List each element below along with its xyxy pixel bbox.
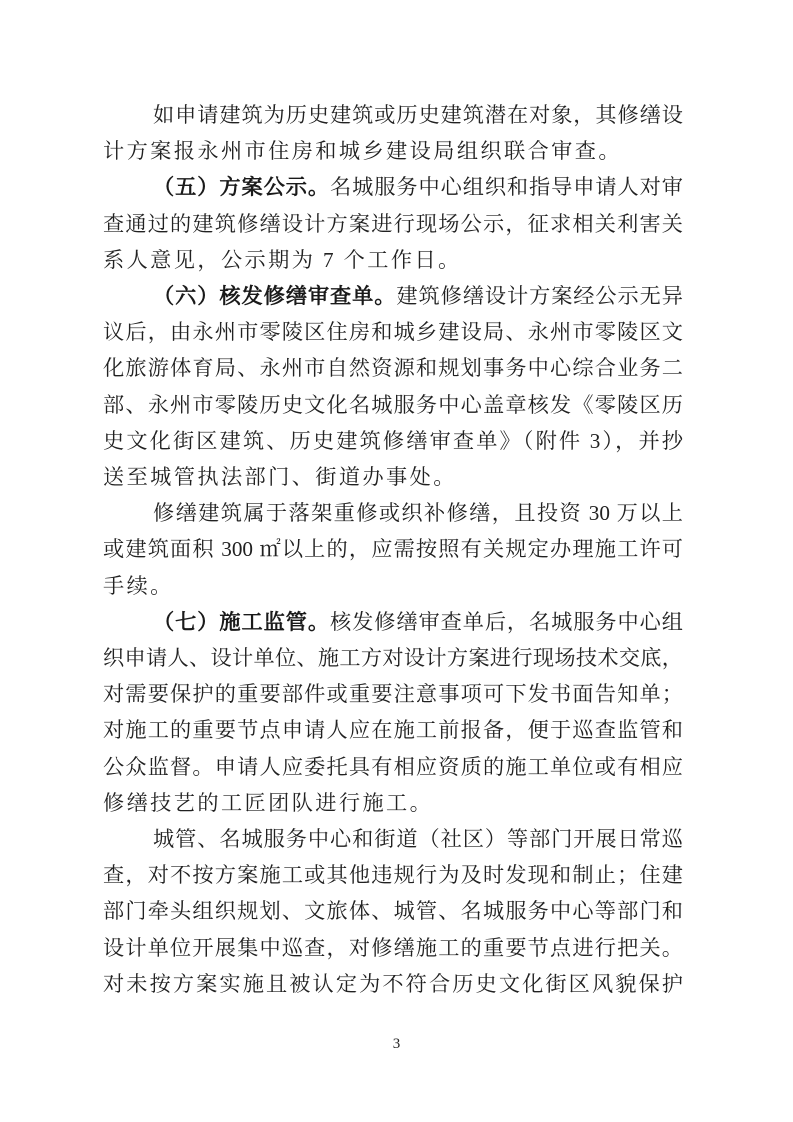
- text-line: 织申请人、设计单位、施工方对设计方案进行现场技术交底，: [103, 640, 683, 676]
- text-line: （七）施工监管。核发修缮审查单后，名城服务中心组: [103, 604, 683, 640]
- page-number: 3: [0, 1036, 793, 1053]
- text-line: 修缮技艺的工匠团队进行施工。: [103, 785, 683, 821]
- text-line: 计方案报永州市住房和城乡建设局组织联合审查。: [103, 133, 683, 169]
- text-line: 查，对不按方案施工或其他违规行为及时发现和制止；住建: [103, 857, 683, 893]
- document-page: 如申请建筑为历史建筑或历史建筑潜在对象，其修缮设计方案报永州市住房和城乡建设局组…: [0, 0, 793, 1122]
- text-line: 部门牵头组织规划、文旅体、城管、名城服务中心等部门和: [103, 893, 683, 929]
- text-line: 系人意见，公示期为 7 个工作日。: [103, 242, 683, 278]
- text-line: 对需要保护的重要部件或重要注意事项可下发书面告知单；: [103, 676, 683, 712]
- document-body-text: 如申请建筑为历史建筑或历史建筑潜在对象，其修缮设计方案报永州市住房和城乡建设局组…: [103, 97, 683, 1002]
- text-line: 城管、名城服务中心和街道（社区）等部门开展日常巡: [103, 821, 683, 857]
- text-line: 如申请建筑为历史建筑或历史建筑潜在对象，其修缮设: [103, 97, 683, 133]
- text-line: 部、永州市零陵历史文化名城服务中心盖章核发《零陵区历: [103, 387, 683, 423]
- text-line: （六）核发修缮审查单。建筑修缮设计方案经公示无异: [103, 278, 683, 314]
- section-heading: （六）核发修缮审查单。: [153, 284, 396, 308]
- text-line: 送至城管执法部门、街道办事处。: [103, 459, 683, 495]
- text-line: 公众监督。申请人应委托具有相应资质的施工单位或有相应: [103, 749, 683, 785]
- section-heading: （五）方案公示。: [153, 175, 330, 199]
- text-line: 修缮建筑属于落架重修或织补修缮，且投资 30 万以上: [103, 495, 683, 531]
- text-line: 或建筑面积 300 ㎡以上的，应需按照有关规定办理施工许可: [103, 531, 683, 567]
- text-line: 对施工的重要节点申请人应在施工前报备，便于巡查监管和: [103, 712, 683, 748]
- text-line: 议后，由永州市零陵区住房和城乡建设局、永州市零陵区文: [103, 314, 683, 350]
- text-line: 手续。: [103, 568, 683, 604]
- text-line: 史文化街区建筑、历史建筑修缮审查单》（附件 3），并抄: [103, 423, 683, 459]
- text-line: 对未按方案实施且被认定为不符合历史文化街区风貌保护: [103, 966, 683, 1002]
- text-line: 设计单位开展集中巡查，对修缮施工的重要节点进行把关。: [103, 930, 683, 966]
- text-line: （五）方案公示。名城服务中心组织和指导申请人对审: [103, 169, 683, 205]
- section-heading: （七）施工监管。: [153, 610, 330, 634]
- text-line: 查通过的建筑修缮设计方案进行现场公示，征求相关利害关: [103, 206, 683, 242]
- text-line: 化旅游体育局、永州市自然资源和规划事务中心综合业务二: [103, 350, 683, 386]
